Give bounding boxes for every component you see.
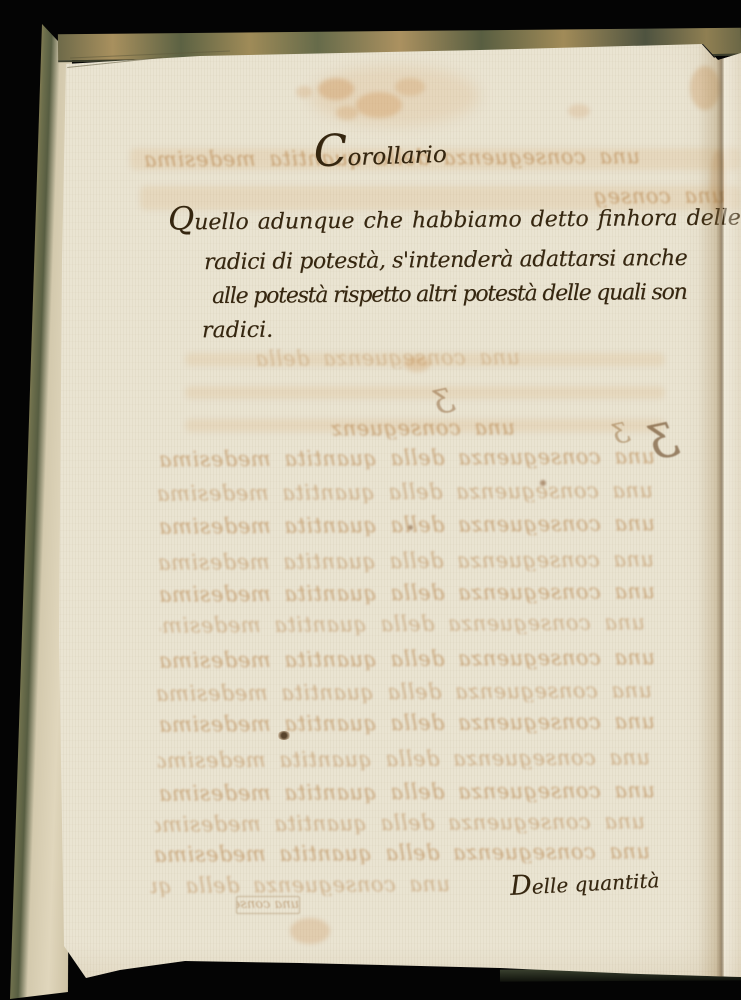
manuscript-page: una conseguenza della quantita medesima … <box>0 0 741 1000</box>
adjacent-page-edge <box>724 48 741 978</box>
manuscript-scan: una conseguenza della quantita medesima … <box>0 0 741 1000</box>
gutter-fold <box>698 40 724 980</box>
page-vignette <box>0 0 741 1000</box>
